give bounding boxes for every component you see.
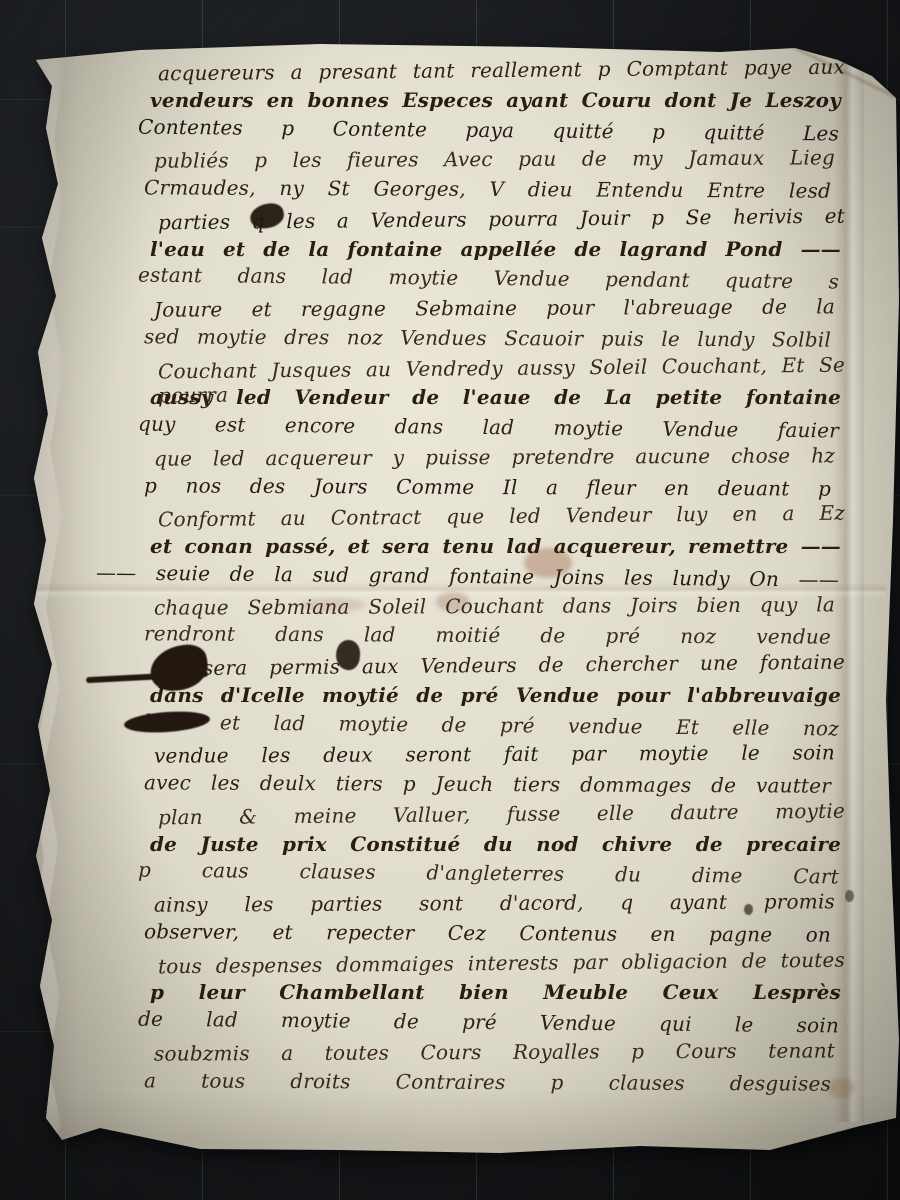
manuscript-line: p caus clauses d'angleterres du dime Car… bbox=[138, 858, 839, 891]
manuscript-line: Et sera permis aux Vendeurs de chercher … bbox=[158, 650, 845, 683]
manuscript-line: Crmaudes, ny St Georges, V dieu Entendu … bbox=[144, 175, 831, 204]
manuscript-line: publiés p les fieures Avec pau de my Jam… bbox=[154, 146, 835, 175]
manuscript-line: estant dans lad moytie Vendue pendant qu… bbox=[138, 263, 839, 296]
manuscript-line: sed moytie dres noz Vendues Scauoir puis… bbox=[144, 324, 831, 353]
manuscript-line: Couchant Jusques au Vendredy aussy Solei… bbox=[158, 352, 845, 385]
manuscript-line: aussy led Vendeur de l'eaue de La petite… bbox=[150, 385, 841, 411]
paper-wrapper: acquereurs a presant tant reallement p C… bbox=[0, 0, 900, 1200]
photograph: acquereurs a presant tant reallement p C… bbox=[0, 0, 900, 1200]
manuscript-line: —— seuie de la sud grand fontaine Joins … bbox=[96, 560, 839, 593]
manuscript-line: vendue les deux seront fait par moytie l… bbox=[154, 741, 835, 770]
manuscript-line: de lad moytie de pré Vendue qui le soin bbox=[138, 1007, 839, 1040]
manuscript-line: p leur Chambellant bien Meuble Ceux Lesp… bbox=[150, 980, 841, 1006]
manuscript-line: et conan passé, et sera tenu lad acquere… bbox=[150, 534, 841, 560]
manuscript-line: que led acquereur y puisse pretendre auc… bbox=[154, 443, 835, 472]
manuscript-line: Jouure et regagne Sebmaine pour l'abreua… bbox=[154, 294, 835, 323]
manuscript-line: dans d'Icelle moytié de pré Vendue pour … bbox=[150, 683, 841, 709]
manuscript-line: l'eau et de la fontaine appellée de lagr… bbox=[150, 237, 841, 263]
manuscript-line: observer, et repecter Cez Contenus en pa… bbox=[144, 919, 831, 948]
manuscript-line: avec les deulx tiers p Jeuch tiers domma… bbox=[144, 770, 831, 799]
manuscript-line: Contentes p Contente paya quitté p quitt… bbox=[138, 114, 839, 147]
manuscript-line: acquereurs a presant tant reallement p C… bbox=[158, 55, 845, 88]
manuscript-line: p nos des Jours Comme Il a fleur en deua… bbox=[144, 473, 831, 502]
manuscript-line: ainsy les parties sont d'acord, q ayant … bbox=[154, 889, 835, 918]
manuscript-line: tous despenses dommaiges interests par o… bbox=[158, 947, 845, 980]
manuscript-line: dans et lad moytie de pré vendue Et elle… bbox=[138, 709, 839, 742]
manuscript-line: quy est encore dans lad moytie Vendue fa… bbox=[138, 412, 839, 445]
manuscript-line: rendront dans lad moitié de pré noz vend… bbox=[144, 622, 831, 651]
manuscript-line: plan & meine Valluer, fusse elle dautre … bbox=[158, 798, 845, 831]
manuscript-line: de Juste prix Constitué du nod chivre de… bbox=[150, 832, 841, 858]
manuscript-page: acquereurs a presant tant reallement p C… bbox=[0, 0, 900, 1200]
manuscript-line: vendeurs en bonnes Especes ayant Couru d… bbox=[150, 88, 841, 114]
manuscript-line: soubzmis a toutes Cours Royalles p Cours… bbox=[154, 1038, 835, 1067]
handwritten-text-block: acquereurs a presant tant reallement p C… bbox=[0, 0, 900, 1200]
manuscript-line: chaque Sebmiana Soleil Couchant dans Joi… bbox=[154, 592, 835, 621]
manuscript-line: Conformt au Contract que led Vendeur luy… bbox=[158, 501, 845, 534]
manuscript-line: a tous droits Contraires p clauses desgu… bbox=[144, 1068, 831, 1097]
